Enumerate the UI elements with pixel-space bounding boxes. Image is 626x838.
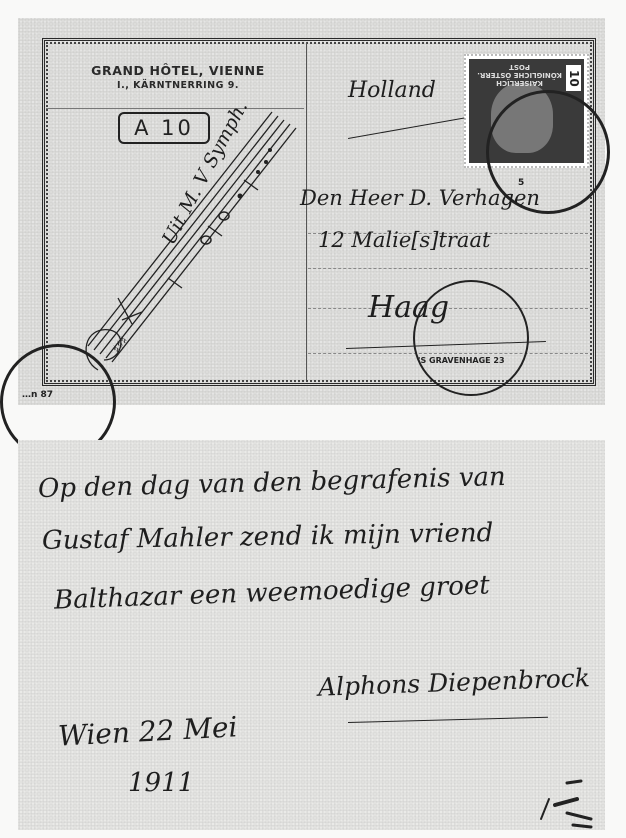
address-line	[308, 268, 588, 269]
year: 1911	[128, 768, 194, 798]
svg-text:♯♯♯: ♯♯♯	[109, 333, 131, 355]
ink-smudge-icon	[533, 775, 603, 830]
message-line-1: Op den dag van den begrafenis van	[38, 462, 506, 504]
postcard-front: GRAND HÔTEL, VIENNE I., KÄRNTNERRING 9. …	[18, 18, 605, 405]
recipient-country: Holland	[348, 78, 436, 103]
postcard-back: Op den dag van den begrafenis van Gustaf…	[18, 440, 605, 830]
message-line-3: Balthazar een weemoedige groet	[54, 570, 491, 615]
hotel-name: GRAND HÔTEL, VIENNE	[78, 63, 278, 78]
stamp-value: 10	[566, 65, 581, 91]
stamp-country-text: KAISERLICH KÖNIGLICHE ÖSTERR. POST	[475, 63, 564, 87]
signature: Alphons Diepenbrock	[318, 663, 591, 701]
place-date: Wien 22 Mei	[57, 710, 238, 752]
city-postmark	[413, 280, 529, 396]
signature-underline	[348, 717, 548, 723]
city-postmark-text: 'S GRAVENHAGE 23	[418, 356, 505, 365]
recipient-name: Den Heer D. Verhagen	[300, 186, 540, 210]
recipient-street: 12 Malie[s]traat	[318, 228, 490, 252]
message-line-2: Gustaf Mahler zend ik mijn vriend	[42, 518, 494, 556]
address-divider	[306, 42, 307, 380]
corner-postmark-text: …n 87	[22, 390, 53, 400]
hotel-address: I., KÄRNTNERRING 9.	[78, 80, 278, 91]
